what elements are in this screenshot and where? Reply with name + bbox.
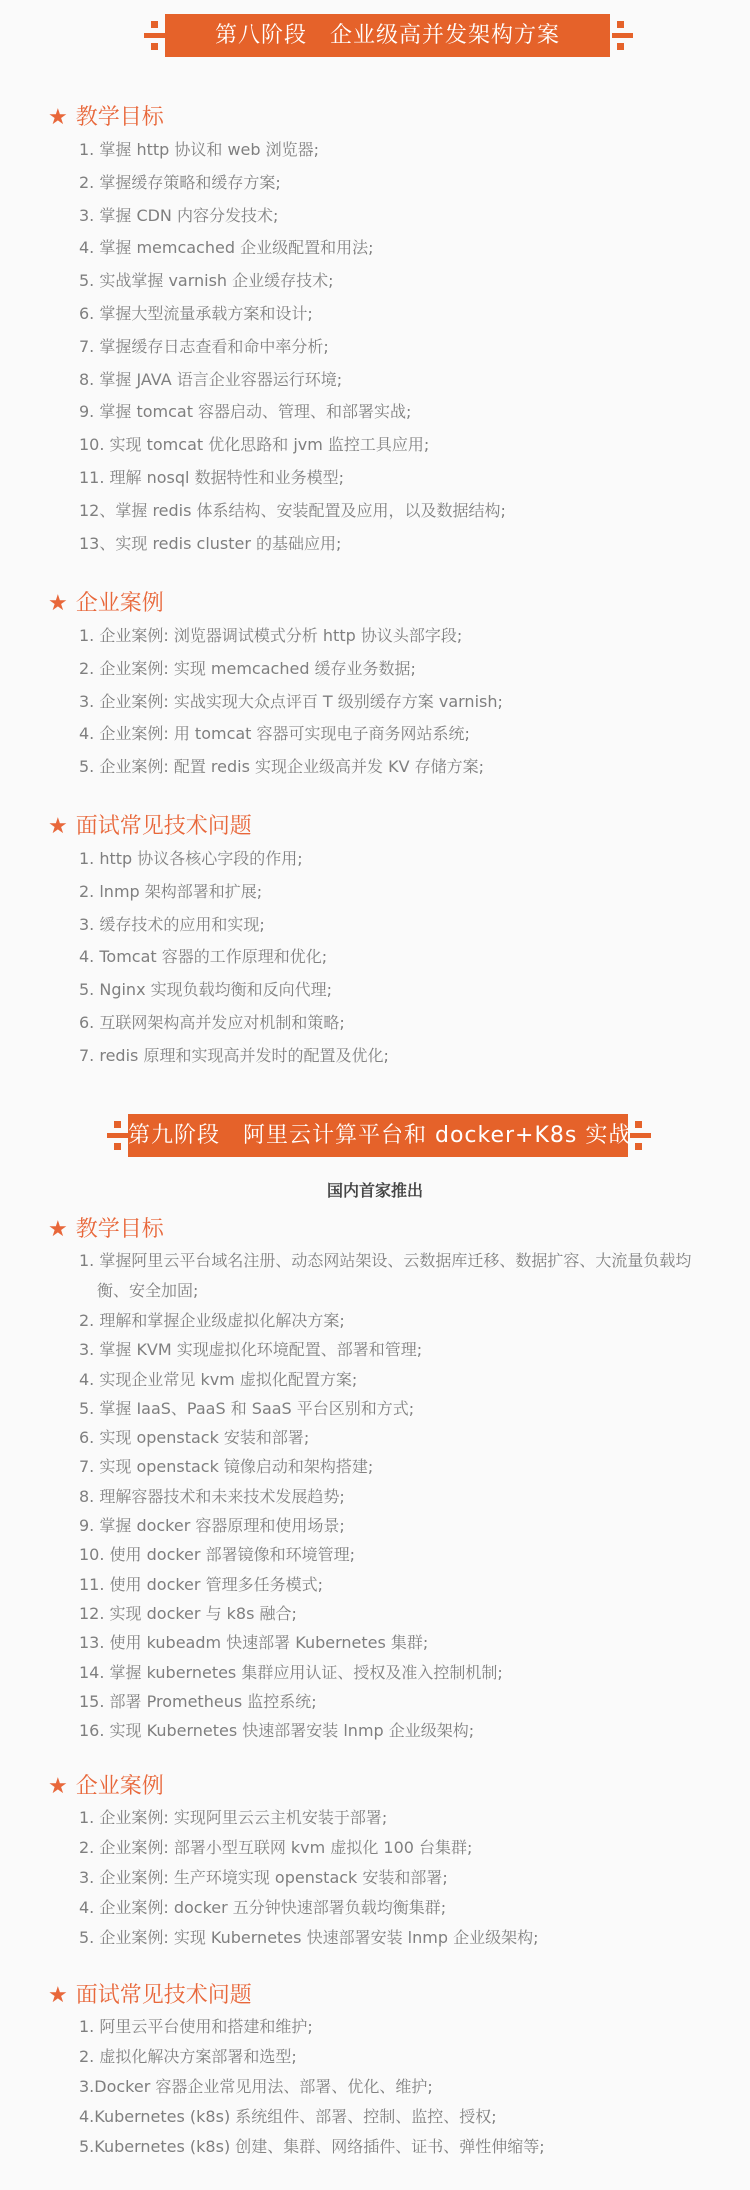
list-item: 1. http 协议各核心字段的作用; xyxy=(48,843,389,876)
stage8-enterprise-cases: ★企业案例 1. 企业案例: 浏览器调试模式分析 http 协议头部字段; 2.… xyxy=(48,588,503,784)
star-icon: ★ xyxy=(48,105,68,130)
list-item: 2. 掌握缓存策略和缓存方案; xyxy=(48,167,506,200)
list-item: 10. 使用 docker 部署镜像和环境管理; xyxy=(48,1540,691,1569)
list-item: 6. 掌握大型流量承载方案和设计; xyxy=(48,298,506,331)
banner-left-decoration-icon xyxy=(143,14,163,57)
list-item: 3.Docker 容器企业常见用法、部署、优化、维护; xyxy=(48,2072,545,2102)
stage9-interview-questions: ★面试常见技术问题 1. 阿里云平台使用和搭建和维护; 2. 虚拟化解决方案部署… xyxy=(48,1980,545,2162)
list-item: 4. 实现企业常见 kvm 虚拟化配置方案; xyxy=(48,1365,691,1394)
section-heading: ★面试常见技术问题 xyxy=(48,811,389,843)
list-item: 1. 掌握阿里云平台域名注册、动态网站架设、云数据库迁移、数据扩容、大流量负载均… xyxy=(48,1246,691,1306)
list-item: 12. 实现 docker 与 k8s 融合; xyxy=(48,1599,691,1628)
list-item: 1. 阿里云平台使用和搭建和维护; xyxy=(48,2012,545,2042)
section-heading: ★企业案例 xyxy=(48,588,503,620)
list-item: 5. 企业案例: 配置 redis 实现企业级高并发 KV 存储方案; xyxy=(48,751,503,784)
list-item: 4. 掌握 memcached 企业级配置和用法; xyxy=(48,232,506,265)
list-item: 1. 企业案例: 实现阿里云云主机安装于部署; xyxy=(48,1803,538,1833)
list-item: 14. 掌握 kubernetes 集群应用认证、授权及准入控制机制; xyxy=(48,1658,691,1687)
list-item: 9. 掌握 docker 容器原理和使用场景; xyxy=(48,1511,691,1540)
list-item: 7. 实现 openstack 镜像启动和架构搭建; xyxy=(48,1452,691,1481)
star-icon: ★ xyxy=(48,1983,68,2008)
list-item: 6. 实现 openstack 安装和部署; xyxy=(48,1423,691,1452)
list-item: 13. 使用 kubeadm 快速部署 Kubernetes 集群; xyxy=(48,1628,691,1657)
list-item: 7. redis 原理和实现高并发时的配置及优化; xyxy=(48,1040,389,1073)
list-item: 3. 掌握 KVM 实现虚拟化环境配置、部署和管理; xyxy=(48,1335,691,1364)
list-item: 5.Kubernetes (k8s) 创建、集群、网络插件、证书、弹性伸缩等; xyxy=(48,2132,545,2162)
section-heading: ★企业案例 xyxy=(48,1771,538,1803)
list-item: 16. 实现 Kubernetes 快速部署安装 lnmp 企业级架构; xyxy=(48,1716,691,1745)
list-item: 3. 缓存技术的应用和实现; xyxy=(48,909,389,942)
list-item: 6. 互联网架构高并发应对机制和策略; xyxy=(48,1007,389,1040)
stage9-enterprise-cases: ★企业案例 1. 企业案例: 实现阿里云云主机安装于部署; 2. 企业案例: 部… xyxy=(48,1771,538,1953)
list-item: 11. 理解 nosql 数据特性和业务模型; xyxy=(48,462,506,495)
section-heading: ★教学目标 xyxy=(48,102,506,134)
list-item: 5. 掌握 IaaS、PaaS 和 SaaS 平台区别和方式; xyxy=(48,1394,691,1423)
list-item: 1. 掌握 http 协议和 web 浏览器; xyxy=(48,134,506,167)
list-item: 12、掌握 redis 体系结构、安装配置及应用，以及数据结构; xyxy=(48,495,506,528)
stage8-banner: 第八阶段 企业级高并发架构方案 xyxy=(165,14,610,57)
case-list: 1. 企业案例: 浏览器调试模式分析 http 协议头部字段; 2. 企业案例:… xyxy=(48,620,503,784)
stage9-subtitle: 国内首家推出 xyxy=(0,1178,750,1201)
goal-list: 1. 掌握 http 协议和 web 浏览器; 2. 掌握缓存策略和缓存方案; … xyxy=(48,134,506,560)
stage9-banner: 第九阶段 阿里云计算平台和 docker+K8s 实战 xyxy=(128,1114,628,1157)
list-item: 11. 使用 docker 管理多任务模式; xyxy=(48,1570,691,1599)
stage8-teaching-goals: ★教学目标 1. 掌握 http 协议和 web 浏览器; 2. 掌握缓存策略和… xyxy=(48,102,506,560)
star-icon: ★ xyxy=(48,814,68,839)
case-list: 1. 企业案例: 实现阿里云云主机安装于部署; 2. 企业案例: 部署小型互联网… xyxy=(48,1803,538,1953)
star-icon: ★ xyxy=(48,591,68,616)
banner-left-decoration-icon xyxy=(106,1114,126,1157)
section-heading: ★教学目标 xyxy=(48,1214,691,1246)
stage8-interview-questions: ★面试常见技术问题 1. http 协议各核心字段的作用; 2. lnmp 架构… xyxy=(48,811,389,1073)
stage9-teaching-goals: ★教学目标 1. 掌握阿里云平台域名注册、动态网站架设、云数据库迁移、数据扩容、… xyxy=(48,1214,691,1745)
list-item: 2. 企业案例: 部署小型互联网 kvm 虚拟化 100 台集群; xyxy=(48,1833,538,1863)
list-item: 4.Kubernetes (k8s) 系统组件、部署、控制、监控、授权; xyxy=(48,2102,545,2132)
list-item: 2. 理解和掌握企业级虚拟化解决方案; xyxy=(48,1306,691,1335)
list-item: 1. 企业案例: 浏览器调试模式分析 http 协议头部字段; xyxy=(48,620,503,653)
list-item: 5. 实战掌握 varnish 企业缓存技术; xyxy=(48,265,506,298)
list-item: 5. Nginx 实现负载均衡和反向代理; xyxy=(48,974,389,1007)
list-item: 3. 掌握 CDN 内容分发技术; xyxy=(48,200,506,233)
list-item: 4. 企业案例: docker 五分钟快速部署负载均衡集群; xyxy=(48,1893,538,1923)
list-item: 4. 企业案例: 用 tomcat 容器可实现电子商务网站系统; xyxy=(48,718,503,751)
question-list: 1. http 协议各核心字段的作用; 2. lnmp 架构部署和扩展; 3. … xyxy=(48,843,389,1073)
list-item: 9. 掌握 tomcat 容器启动、管理、和部署实战; xyxy=(48,396,506,429)
star-icon: ★ xyxy=(48,1217,68,1242)
list-item: 10. 实现 tomcat 优化思路和 jvm 监控工具应用; xyxy=(48,429,506,462)
list-item: 13、实现 redis cluster 的基础应用; xyxy=(48,528,506,561)
banner-right-decoration-icon xyxy=(630,1114,650,1157)
list-item: 2. 虚拟化解决方案部署和选型; xyxy=(48,2042,545,2072)
list-item: 2. 企业案例: 实现 memcached 缓存业务数据; xyxy=(48,653,503,686)
list-item: 7. 掌握缓存日志查看和命中率分析; xyxy=(48,331,506,364)
list-item: 8. 理解容器技术和未来技术发展趋势; xyxy=(48,1482,691,1511)
stage9-banner-title: 第九阶段 阿里云计算平台和 docker+K8s 实战 xyxy=(128,1123,631,1148)
star-icon: ★ xyxy=(48,1774,68,1799)
question-list: 1. 阿里云平台使用和搭建和维护; 2. 虚拟化解决方案部署和选型; 3.Doc… xyxy=(48,2012,545,2162)
section-heading: ★面试常见技术问题 xyxy=(48,1980,545,2012)
list-item: 2. lnmp 架构部署和扩展; xyxy=(48,876,389,909)
list-item: 5. 企业案例: 实现 Kubernetes 快速部署安装 lnmp 企业级架构… xyxy=(48,1923,538,1953)
list-item: 15. 部署 Prometheus 监控系统; xyxy=(48,1687,691,1716)
list-item: 4. Tomcat 容器的工作原理和优化; xyxy=(48,941,389,974)
goal-list: 1. 掌握阿里云平台域名注册、动态网站架设、云数据库迁移、数据扩容、大流量负载均… xyxy=(48,1246,691,1745)
list-item: 8. 掌握 JAVA 语言企业容器运行环境; xyxy=(48,364,506,397)
banner-right-decoration-icon xyxy=(612,14,632,57)
list-item: 3. 企业案例: 生产环境实现 openstack 安装和部署; xyxy=(48,1863,538,1893)
list-item: 3. 企业案例: 实战实现大众点评百 T 级别缓存方案 varnish; xyxy=(48,686,503,719)
stage8-banner-title: 第八阶段 企业级高并发架构方案 xyxy=(215,23,560,48)
